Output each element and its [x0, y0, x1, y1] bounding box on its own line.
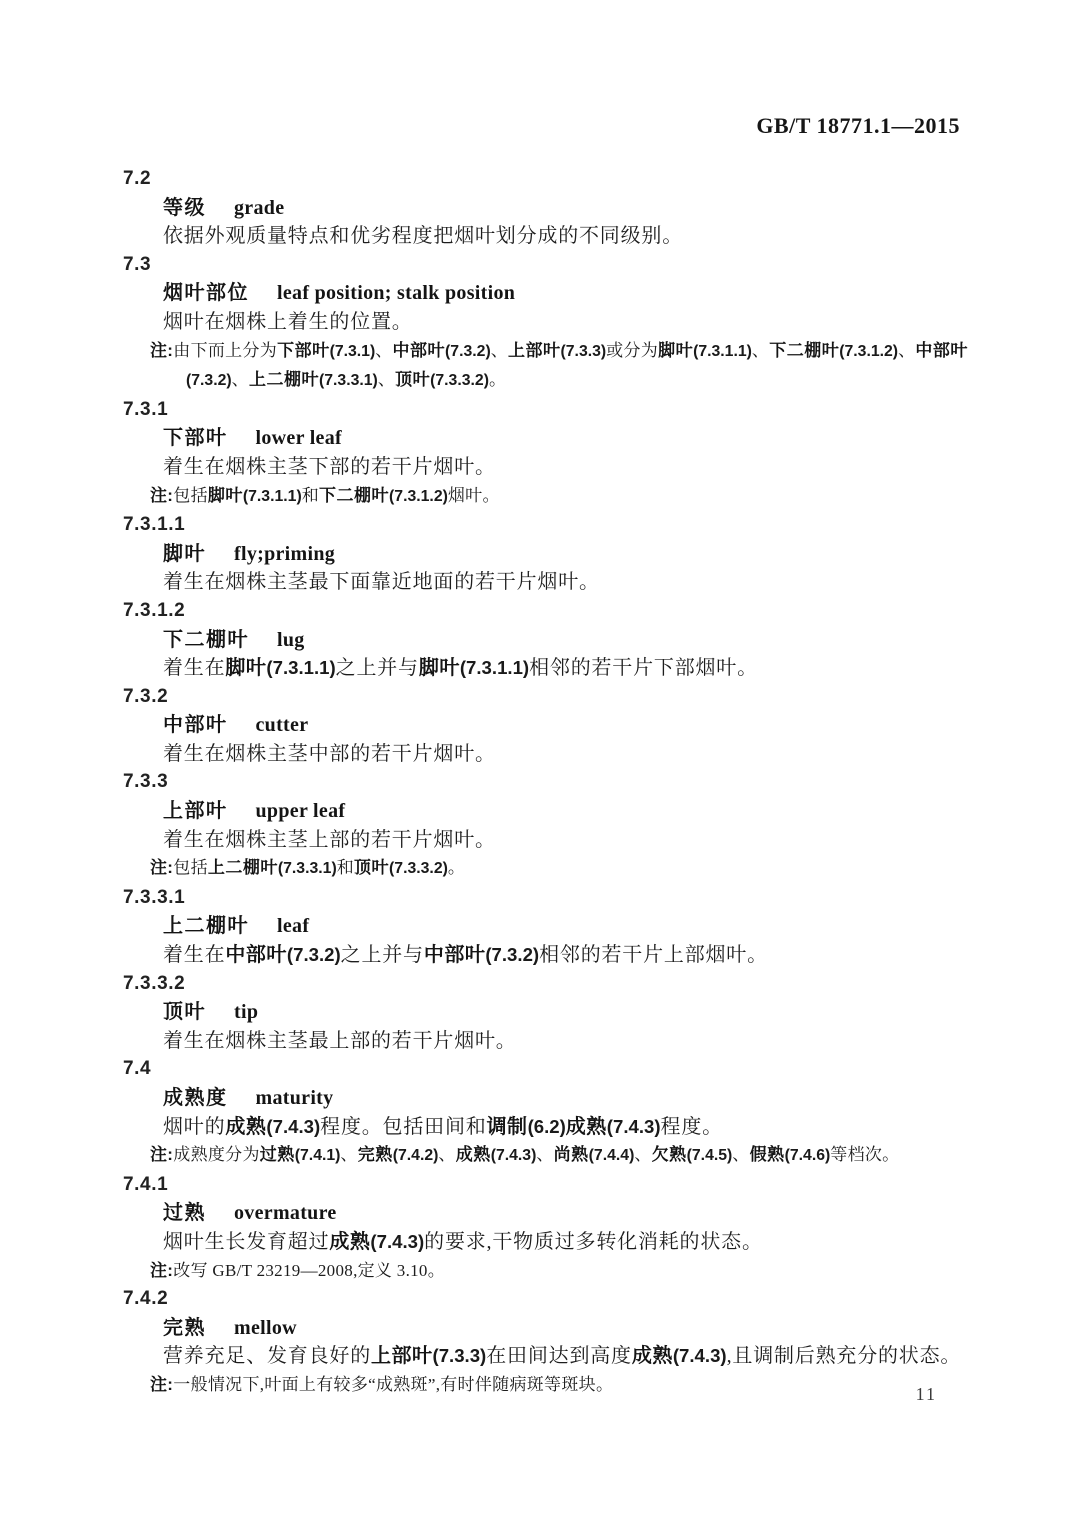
note: 注:包括上二棚叶(7.3.3.1)和顶叶(7.3.3.2)。 [150, 854, 1010, 884]
text-run: 相邻的若干片上部烟叶。 [539, 944, 768, 966]
text-run: 、 [232, 370, 249, 389]
term-section: 7.3.1下部叶lower leaf着生在烟株主茎下部的若干片烟叶。注:包括脚叶… [121, 396, 1010, 511]
clause-ref: (7.4.3) [491, 1147, 537, 1164]
clause-number: 7.3.3 [123, 768, 1010, 797]
clause-number: 7.4 [123, 1055, 1010, 1084]
text-run: 烟叶生长发育超过 [163, 1231, 329, 1253]
term-chinese: 下部叶 [163, 427, 228, 449]
definition: 着生在烟株主茎上部的若干片烟叶。 [163, 826, 1010, 855]
terms-content: 7.2等级grade依据外观质量特点和优劣程度把烟叶划分成的不同级别。7.3烟叶… [121, 165, 1010, 1400]
text-run: 着生在烟株主茎上部的若干片烟叶。 [163, 829, 496, 851]
clause-ref: (7.3.1.2) [839, 343, 898, 360]
term-english: leaf [277, 915, 309, 937]
clause-ref: (7.4.2) [393, 1147, 439, 1164]
page-number: 11 [916, 1384, 937, 1405]
bold-term: 中部叶 [915, 341, 968, 360]
term-english: cutter [256, 714, 309, 736]
clause-number: 7.2 [123, 165, 1010, 194]
bold-term: 过熟 [260, 1145, 295, 1164]
bold-term: 调制 [487, 1116, 528, 1138]
text-run: 、 [340, 1145, 357, 1164]
bold-term: 中部叶 [424, 944, 486, 966]
note: 注:一般情况下,叶面上有较多“成熟斑”,有时伴随病斑等斑块。 [150, 1371, 1010, 1400]
clause-number: 7.3.2 [123, 683, 1010, 712]
text-run: 、 [375, 341, 392, 360]
term-line: 下二棚叶lug [163, 626, 1010, 655]
bold-term: 假熟 [750, 1145, 785, 1164]
text-run: 、 [536, 1145, 553, 1164]
bold-term: 成熟 [329, 1231, 370, 1253]
text-run: 。 [489, 370, 506, 389]
term-line: 上二棚叶leaf [163, 912, 1010, 941]
term-english: lower leaf [256, 427, 343, 449]
bold-term: 顶叶 [354, 858, 389, 877]
clause-number: 7.3.3.2 [123, 970, 1010, 999]
term-section: 7.3烟叶部位leaf position; stalk position烟叶在烟… [121, 251, 1010, 396]
term-section: 7.3.3.1上二棚叶leaf着生在中部叶(7.3.2)之上并与中部叶(7.3.… [121, 884, 1010, 970]
term-line: 中部叶cutter [163, 711, 1010, 740]
term-section: 7.3.1.2下二棚叶lug着生在脚叶(7.3.1.1)之上并与脚叶(7.3.1… [121, 597, 1010, 683]
bold-term: 下二棚叶 [769, 341, 839, 360]
term-chinese: 等级 [163, 197, 206, 219]
text-run: 、 [491, 341, 508, 360]
text-run: 依据外观质量特点和优劣程度把烟叶划分成的不同级别。 [163, 225, 683, 247]
term-line: 烟叶部位leaf position; stalk position [163, 279, 1010, 308]
page-header: GB/T 18771.1—2015 [121, 113, 1010, 139]
definition: 烟叶在烟株上着生的位置。 [163, 308, 1010, 337]
clause-ref: (7.3.1.2) [389, 488, 448, 505]
bold-term: 下部叶 [277, 341, 330, 360]
bold-term: 上部叶 [371, 1345, 433, 1367]
text-run: 着生在烟株主茎最上部的若干片烟叶。 [163, 1030, 517, 1052]
term-chinese: 下二棚叶 [163, 629, 249, 651]
note-label: 注: [150, 1261, 173, 1280]
clause-ref: (7.4.4) [589, 1147, 635, 1164]
note: 注:由下而上分为下部叶(7.3.1)、中部叶(7.3.2)、上部叶(7.3.3)… [150, 337, 1010, 396]
clause-ref: (7.4.1) [295, 1147, 341, 1164]
text-run: ,且调制后熟充分的状态。 [727, 1345, 962, 1367]
note-label: 注: [150, 858, 173, 877]
clause-ref: (7.3.2) [485, 944, 539, 965]
text-run: 之上并与 [341, 944, 424, 966]
text-run: 程度。包括田间和 [320, 1116, 486, 1138]
term-english: upper leaf [256, 800, 346, 822]
bold-term: 脚叶 [225, 657, 266, 679]
term-section: 7.2等级grade依据外观质量特点和优劣程度把烟叶划分成的不同级别。 [121, 165, 1010, 251]
text-run: 或分为 [606, 341, 658, 360]
clause-number: 7.4.1 [123, 1171, 1010, 1200]
text-run: 一般情况下,叶面上有较多“成熟斑”,有时伴随病斑等斑块。 [173, 1375, 613, 1394]
term-english: fly;priming [234, 543, 335, 565]
clause-ref: (6.2) [528, 1116, 566, 1137]
term-english: maturity [256, 1087, 334, 1109]
bold-term: 脚叶 [658, 341, 693, 360]
definition: 依据外观质量特点和优劣程度把烟叶划分成的不同级别。 [163, 222, 1010, 251]
clause-number: 7.3 [123, 251, 1010, 280]
term-line: 完熟mellow [163, 1314, 1010, 1343]
text-run: 等档次。 [830, 1145, 899, 1164]
clause-ref: (7.3.1.1) [693, 343, 752, 360]
text-run: 的要求,干物质过多转化消耗的状态。 [424, 1231, 763, 1253]
term-section: 7.3.3上部叶upper leaf着生在烟株主茎上部的若干片烟叶。注:包括上二… [121, 768, 1010, 883]
text-run: 在田间达到高度 [486, 1345, 632, 1367]
text-run: 着生在烟株主茎中部的若干片烟叶。 [163, 743, 496, 765]
bold-term: 上二棚叶 [208, 858, 278, 877]
text-run: 、 [378, 370, 395, 389]
bold-term: 中部叶 [393, 341, 446, 360]
term-chinese: 脚叶 [163, 543, 206, 565]
definition: 着生在烟株主茎最下面靠近地面的若干片烟叶。 [163, 568, 1010, 597]
term-section: 7.3.1.1脚叶fly;priming着生在烟株主茎最下面靠近地面的若干片烟叶… [121, 511, 1010, 597]
definition: 烟叶生长发育超过成熟(7.4.3)的要求,干物质过多转化消耗的状态。 [163, 1228, 1010, 1257]
clause-ref: (7.3.3) [433, 1345, 487, 1366]
clause-ref: (7.3.1.1) [266, 657, 335, 678]
text-run: 包括 [173, 858, 208, 877]
term-english: mellow [234, 1317, 297, 1339]
text-run: 程度。 [661, 1116, 723, 1138]
note: 注:成熟度分为过熟(7.4.1)、完熟(7.4.2)、成熟(7.4.3)、尚熟(… [150, 1141, 1010, 1171]
term-english: leaf position; stalk position [277, 282, 515, 304]
note: 注:改写 GB/T 23219—2008,定义 3.10。 [150, 1257, 1010, 1286]
note-label: 注: [150, 486, 173, 505]
text-run: 成熟度分为 [173, 1145, 260, 1164]
term-line: 脚叶fly;priming [163, 540, 1010, 569]
bold-term: 顶叶 [395, 370, 430, 389]
text-run: 由下而上分为 [173, 341, 277, 360]
clause-ref: (7.3.3.2) [389, 860, 448, 877]
text-run: 烟叶。 [448, 486, 500, 505]
bold-term: 成熟 [456, 1145, 491, 1164]
clause-ref: (7.3.3.2) [430, 372, 489, 389]
bold-term: 完熟 [358, 1145, 393, 1164]
term-chinese: 成熟度 [163, 1087, 228, 1109]
text-run: 着生在 [163, 944, 225, 966]
text-run: 烟叶的 [163, 1116, 225, 1138]
clause-number: 7.3.1.1 [123, 511, 1010, 540]
bold-term: 上二棚叶 [249, 370, 319, 389]
note-label: 注: [150, 341, 173, 360]
term-line: 等级grade [163, 194, 1010, 223]
text-run: 和 [337, 858, 354, 877]
term-section: 7.3.3.2顶叶tip着生在烟株主茎最上部的若干片烟叶。 [121, 970, 1010, 1056]
text-run: 、 [438, 1145, 455, 1164]
text-run: 着生在烟株主茎下部的若干片烟叶。 [163, 456, 496, 478]
clause-number: 7.4.2 [123, 1285, 1010, 1314]
clause-ref: (7.3.1) [330, 343, 376, 360]
note: 注:包括脚叶(7.3.1.1)和下二棚叶(7.3.1.2)烟叶。 [150, 482, 1010, 512]
bold-term: 成熟 [566, 1116, 607, 1138]
bold-term: 中部叶 [225, 944, 287, 966]
text-run: 、 [732, 1145, 749, 1164]
term-chinese: 上二棚叶 [163, 915, 249, 937]
clause-ref: (7.4.3) [673, 1345, 727, 1366]
term-chinese: 中部叶 [163, 714, 228, 736]
term-english: grade [234, 197, 284, 219]
clause-number: 7.3.3.1 [123, 884, 1010, 913]
term-chinese: 上部叶 [163, 800, 228, 822]
clause-ref: (7.3.2) [445, 343, 491, 360]
term-chinese: 顶叶 [163, 1001, 206, 1023]
term-line: 下部叶lower leaf [163, 424, 1010, 453]
term-section: 7.4.1过熟overmature烟叶生长发育超过成熟(7.4.3)的要求,干物… [121, 1171, 1010, 1285]
standard-code: GB/T 18771.1—2015 [121, 113, 1010, 139]
term-english: tip [234, 1001, 258, 1023]
clause-ref: (7.4.5) [687, 1147, 733, 1164]
document-page: GB/T 18771.1—2015 7.2等级grade依据外观质量特点和优劣程… [0, 0, 1080, 1400]
text-run: 改写 GB/T 23219—2008,定义 3.10。 [173, 1261, 445, 1280]
text-run: 之上并与 [336, 657, 419, 679]
definition: 着生在脚叶(7.3.1.1)之上并与脚叶(7.3.1.1)相邻的若干片下部烟叶。 [163, 654, 1010, 683]
bold-term: 成熟 [632, 1345, 673, 1367]
note-label: 注: [150, 1375, 173, 1394]
term-section: 7.4成熟度maturity烟叶的成熟(7.4.3)程度。包括田间和调制(6.2… [121, 1055, 1010, 1170]
clause-ref: (7.3.3.1) [319, 372, 378, 389]
clause-ref: (7.4.6) [785, 1147, 831, 1164]
term-section: 7.3.2中部叶cutter着生在烟株主茎中部的若干片烟叶。 [121, 683, 1010, 769]
term-line: 成熟度maturity [163, 1084, 1010, 1113]
clause-ref: (7.3.1.1) [460, 657, 529, 678]
term-english: overmature [234, 1202, 337, 1224]
note-label: 注: [150, 1145, 173, 1164]
term-chinese: 烟叶部位 [163, 282, 249, 304]
definition: 营养充足、发育良好的上部叶(7.3.3)在田间达到高度成熟(7.4.3),且调制… [163, 1342, 1010, 1371]
definition: 着生在烟株主茎下部的若干片烟叶。 [163, 453, 1010, 482]
text-run: 着生在烟株主茎最下面靠近地面的若干片烟叶。 [163, 571, 600, 593]
text-run: 相邻的若干片下部烟叶。 [529, 657, 758, 679]
bold-term: 脚叶 [208, 486, 243, 505]
term-english: lug [277, 629, 305, 651]
term-section: 7.4.2完熟mellow营养充足、发育良好的上部叶(7.3.3)在田间达到高度… [121, 1285, 1010, 1399]
text-run: 营养充足、发育良好的 [163, 1345, 371, 1367]
text-run: 、 [752, 341, 769, 360]
clause-ref: (7.3.2) [287, 944, 341, 965]
text-run: 着生在 [163, 657, 225, 679]
text-run: 。 [448, 858, 465, 877]
bold-term: 下二棚叶 [319, 486, 389, 505]
text-run: 包括 [173, 486, 208, 505]
definition: 着生在烟株主茎中部的若干片烟叶。 [163, 740, 1010, 769]
term-chinese: 完熟 [163, 1317, 206, 1339]
clause-ref: (7.3.1.1) [243, 488, 302, 505]
definition: 着生在烟株主茎最上部的若干片烟叶。 [163, 1027, 1010, 1056]
definition: 烟叶的成熟(7.4.3)程度。包括田间和调制(6.2)成熟(7.4.3)程度。 [163, 1113, 1010, 1142]
clause-ref: (7.4.3) [266, 1116, 320, 1137]
term-chinese: 过熟 [163, 1202, 206, 1224]
bold-term: 欠熟 [652, 1145, 687, 1164]
text-run: 、 [898, 341, 915, 360]
clause-ref: (7.3.3) [561, 343, 607, 360]
clause-ref: (7.3.3.1) [278, 860, 337, 877]
text-run: 、 [634, 1145, 651, 1164]
definition: 着生在中部叶(7.3.2)之上并与中部叶(7.3.2)相邻的若干片上部烟叶。 [163, 941, 1010, 970]
bold-term: 上部叶 [508, 341, 561, 360]
term-line: 过熟overmature [163, 1199, 1010, 1228]
clause-number: 7.3.1.2 [123, 597, 1010, 626]
clause-number: 7.3.1 [123, 396, 1010, 425]
bold-term: 成熟 [225, 1116, 266, 1138]
text-run: 烟叶在烟株上着生的位置。 [163, 311, 413, 333]
bold-term: 脚叶 [419, 657, 460, 679]
text-run: 和 [302, 486, 319, 505]
term-line: 上部叶upper leaf [163, 797, 1010, 826]
clause-ref: (7.4.3) [607, 1116, 661, 1137]
term-line: 顶叶tip [163, 998, 1010, 1027]
clause-ref: (7.3.2) [186, 372, 232, 389]
clause-ref: (7.4.3) [370, 1231, 424, 1252]
bold-term: 尚熟 [554, 1145, 589, 1164]
